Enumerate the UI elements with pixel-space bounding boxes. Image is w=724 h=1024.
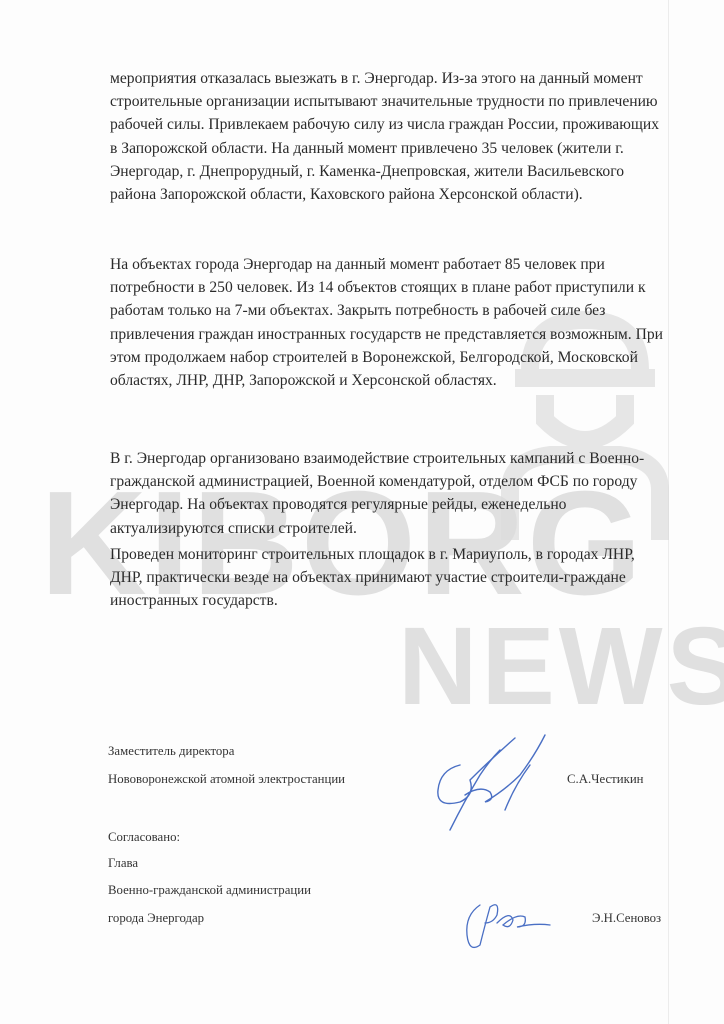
document-page: KIBORG NEWS мероприятия отказалась выезж… xyxy=(0,0,724,1024)
signer2-name: Э.Н.Сеновоз xyxy=(592,911,661,926)
watermark-news: NEWS xyxy=(398,612,724,722)
signer2-title-line3: города Энергодар xyxy=(108,911,204,926)
paragraph-cooperation: В г. Энергодар организовано взаимодейств… xyxy=(110,447,670,540)
signer2-title-line2: Военно-гражданской администрации xyxy=(108,883,311,898)
paragraph-workforce-shortage: мероприятия отказалась выезжать в г. Эне… xyxy=(110,67,670,206)
signer2-title-line1: Глава xyxy=(108,856,138,871)
signature-chestikin-icon xyxy=(420,730,570,840)
paragraph-monitoring: Проведен мониторинг строительных площадо… xyxy=(110,543,670,613)
paragraph-energodar-objects: На объектах города Энергодар на данный м… xyxy=(110,253,670,392)
signer1-title-line2: Нововоронежской атомной электростанции xyxy=(108,772,345,787)
signature-senovoz-icon xyxy=(455,895,555,955)
approved-label: Согласовано: xyxy=(108,830,180,845)
signer1-title-line1: Заместитель директора xyxy=(108,744,234,759)
signer1-name: С.А.Честикин xyxy=(567,772,644,787)
